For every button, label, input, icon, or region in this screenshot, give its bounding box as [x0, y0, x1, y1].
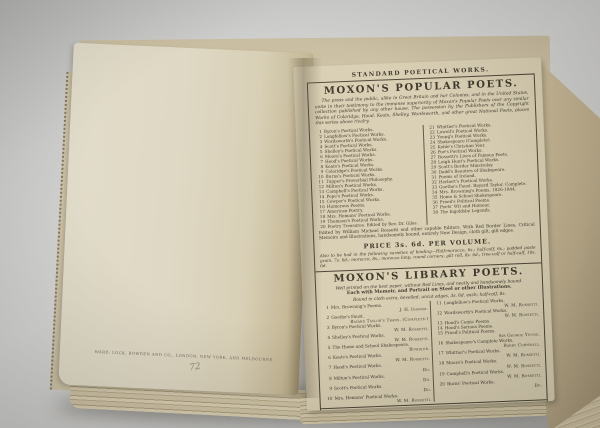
item-number: 1: [321, 305, 329, 315]
left-blank-page: WARD, LOCK, BOWDEN AND CO., LONDON, NEW …: [58, 43, 313, 396]
popular-list-left-column: 1 Byron's Poetical Works. 2 Longfellow's…: [314, 124, 427, 229]
item-number: 9: [324, 385, 332, 395]
item-number: 38: [430, 209, 438, 214]
item-number: 12: [434, 310, 442, 320]
item-number: 16: [435, 341, 443, 351]
advert-border-box: MOXON'S POPULAR POETS. The press and the…: [307, 73, 549, 410]
popular-list-right-column: 21 Whittier's Poetical Works. 22 Lowell'…: [423, 120, 536, 225]
photo-of-open-book: WARD, LOCK, BOWDEN AND CO., LONDON, NEW …: [0, 0, 600, 428]
library-list-left-column: 1 Mrs. Browning's Poems.J. H. Ingram. 2 …: [321, 301, 434, 406]
item-number: 11: [434, 300, 442, 310]
library-poets-list: 1 Mrs. Browning's Poems.J. H. Ingram. 2 …: [321, 297, 543, 406]
item-number: 4: [322, 335, 330, 345]
pencil-mark: 72: [188, 362, 201, 373]
item-number: 6: [323, 355, 331, 365]
item-number: 2: [321, 315, 329, 325]
item-number: 19: [437, 371, 445, 381]
item-number: 17: [436, 351, 444, 361]
advertisement-page: STANDARD POETICAL WORKS. MOXON'S POPULAR…: [293, 57, 555, 411]
item-number: 8: [324, 375, 332, 385]
publisher-imprint: WARD, LOCK, BOWDEN AND CO., LONDON, NEW …: [79, 348, 290, 363]
library-list-right-column: 11 Longfellow's Poetical Works.W. M. Ros…: [430, 297, 543, 402]
item-number: 3: [322, 325, 330, 335]
item-number: 18: [436, 361, 444, 371]
popular-poets-list: 1 Byron's Poetical Works. 2 Longfellow's…: [314, 120, 536, 229]
item-number: 15: [435, 331, 443, 341]
item-number: 20: [437, 381, 445, 391]
item-number: 5: [322, 345, 330, 355]
item-number: 7: [323, 365, 331, 375]
item-number: 10: [324, 395, 332, 405]
item-number: 20: [318, 224, 326, 229]
